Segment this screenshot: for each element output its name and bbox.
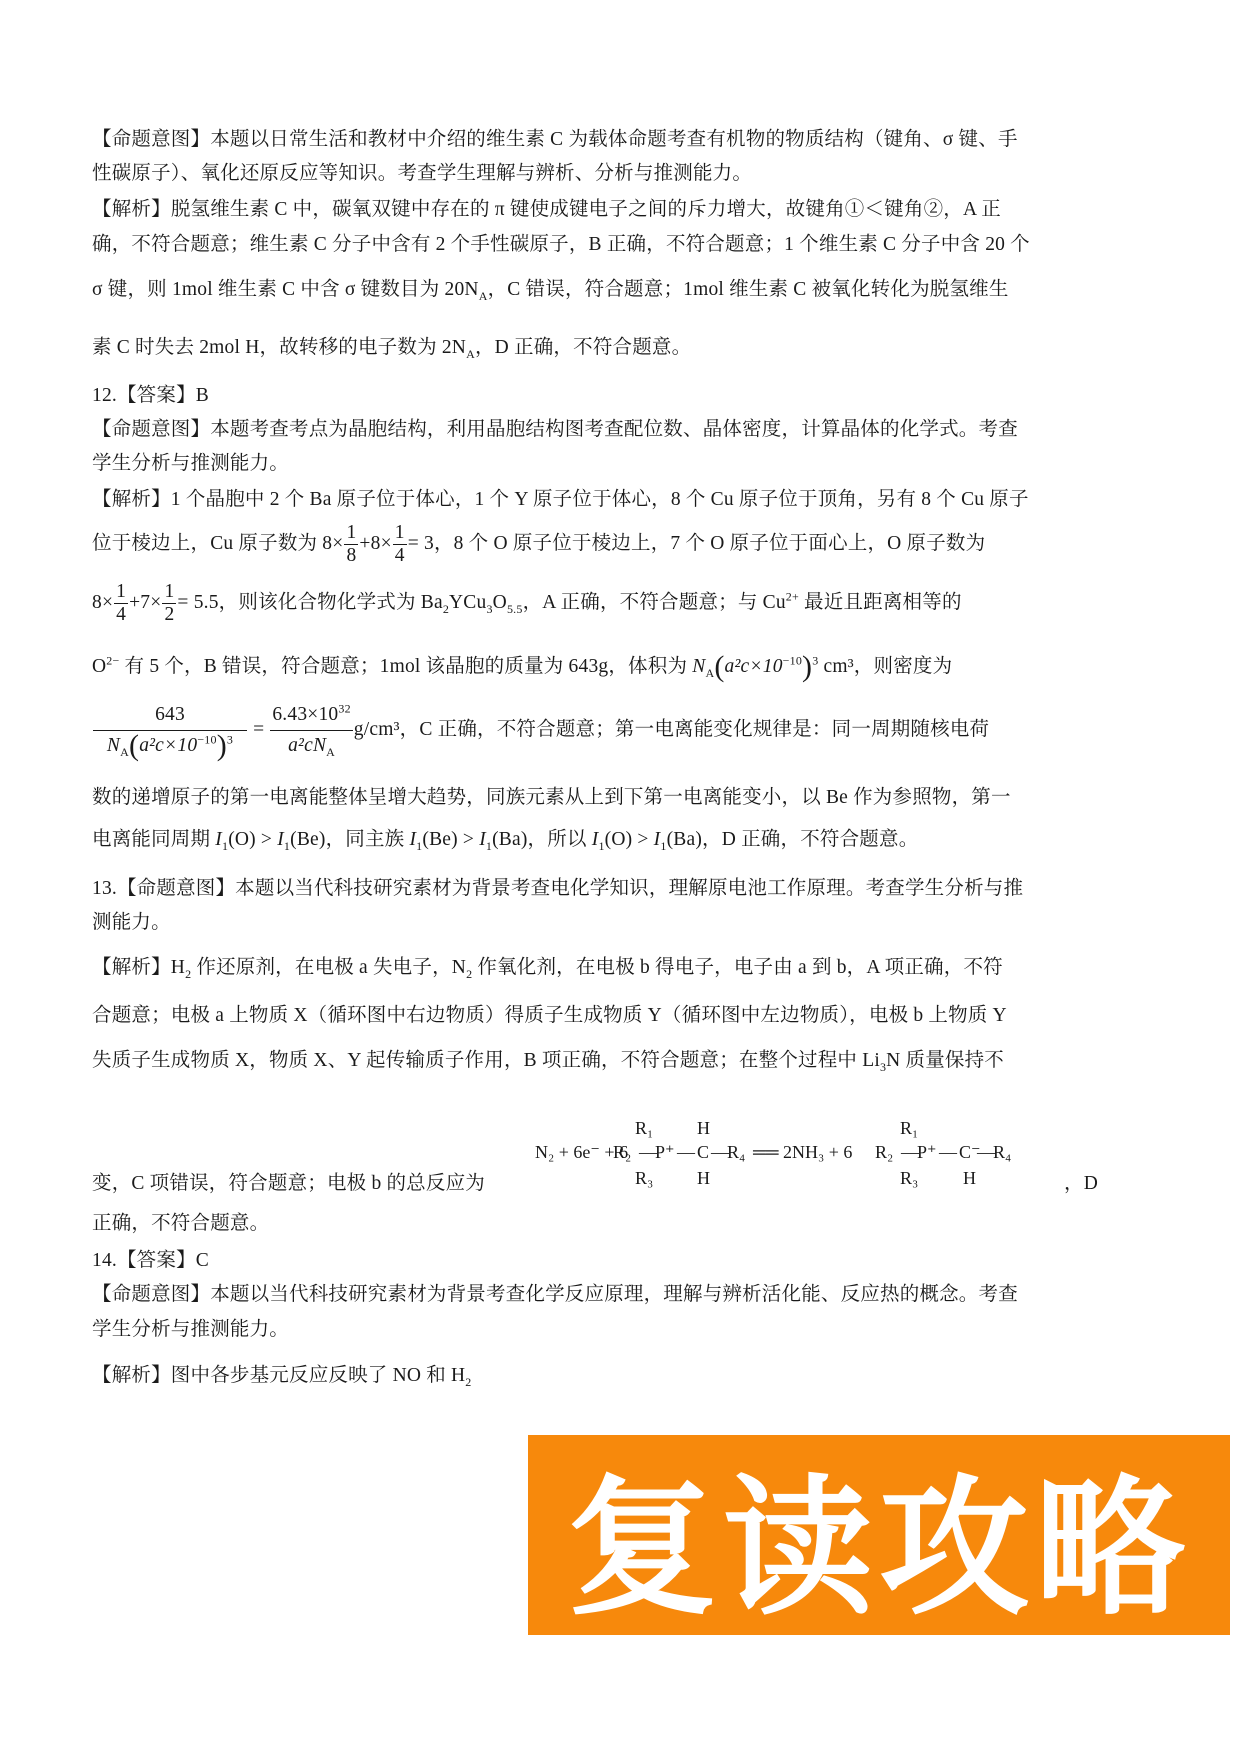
q14-answer: 14.【答案】C [92,1251,209,1271]
text: I [215,829,222,850]
text: (O) [228,829,256,850]
h-label: H [697,1118,710,1139]
text: N 质量保持不 [886,1050,1004,1071]
denominator: 2 [162,604,176,626]
subscript: A [326,745,335,759]
avogadro-symbol: N [692,656,705,677]
numerator: 1 [162,581,176,604]
text: 作还原剂，在电极 a 失电子，N [191,957,466,978]
q12-analysis-line-7: 电离能同周期 I1(O) > I1(Be)，同主族 I1(Be) > I1(Ba… [92,830,918,850]
text: ，D 正确，不符合题意。 [702,829,918,850]
text: YCu [449,592,486,613]
text: I [277,829,284,850]
subscript: A [479,289,488,303]
h-label: H [697,1168,710,1189]
watermark-banner: 复读攻略 [528,1435,1230,1635]
text: > [632,829,653,850]
q12-intent-line-1: 【命题意图】本题考查考点为晶胞结构，利用晶胞结构图考查配位数、晶体密度，计算晶体… [92,420,1018,440]
text: = 3，8 个 O 原子位于棱边上，7 个 O 原子位于面心上，O 原子数为 [408,533,986,554]
superscript: −10 [783,654,802,668]
phosphonium: P⁺ [655,1142,675,1163]
carbon: C [697,1142,709,1163]
subscript: 2 [465,1375,471,1389]
q13-analysis-line-5: 正确，不符合题意。 [92,1214,269,1234]
superscript: −10 [197,733,216,747]
q12-analysis-line-4: O2− 有 5 个，B 错误，符合题意；1mol 该晶胞的质量为 643g，体积… [92,652,952,682]
q11-analysis-line-4: 素 C 时失去 2mol H，故转移的电子数为 2NA，D 正确，不符合题意。 [92,338,691,358]
text: 作氧化剂，在电极 b 得电子，电子由 a 到 b，A 项正确，不符 [472,957,1003,978]
text: (Ba) [492,829,527,850]
numerator: 1 [393,522,407,545]
q13-analysis-line-4: 变，C 项错误，符合题意；电极 b 的总反应为 [92,1174,485,1194]
superscript: 3 [227,733,233,747]
q12-analysis-line-5: 643NA(a²c×10−10)3 = 6.43×1032a²cNAg/cm³，… [92,700,989,761]
denominator: NA(a²c×10−10)3 [93,731,247,761]
denominator: 4 [114,604,128,626]
text: a²c×10 [725,656,783,677]
q11-analysis-line-3: σ 键，则 1mol 维生素 C 中含 σ 键数目为 20NA，C 错误，符合题… [92,280,1009,300]
text: 【解析】图中各步基元反应反映了 NO 和 H [92,1365,465,1386]
subscript: 5.5 [507,602,523,616]
superscript: 2− [106,654,119,668]
text: (O) [605,829,633,850]
text: ，所以 [528,829,592,850]
text: σ 键，则 1mol 维生素 C 中含 σ 键数目为 20N [92,279,479,300]
paren: ) [802,650,812,683]
reaction-equation: N₂ + 6e⁻ + 6 R₁ R₂ — P⁺ R₃ — C H H — R₄ … [535,1118,1095,1198]
q12-intent-line-2: 学生分析与推测能力。 [92,454,289,474]
q13-intent-line-2: 测能力。 [92,913,171,933]
intent-label: 【命题意图】 [92,129,210,150]
subscript: A [466,347,475,361]
text: = 5.5，则该化合物化学式为 Ba [177,592,442,613]
subscript: A [120,745,129,759]
text: O [92,656,106,677]
q13-analysis-line-1: 【解析】H2 作还原剂，在电极 a 失电子，N2 作氧化剂，在电极 b 得电子，… [92,958,1003,978]
fraction: 14 [114,581,128,626]
q12-analysis-line-2: 位于棱边上，Cu 原子数为 8×18+8×14= 3，8 个 O 原子位于棱边上… [92,522,985,567]
r2-label: R₂ [613,1142,631,1163]
analysis-label: 【解析】 [92,199,171,220]
phosphonium: P⁺ [917,1142,937,1163]
text: 位于棱边上，Cu 原子数为 8× [92,533,343,554]
text: ，D 正确，不符合题意。 [475,337,691,358]
paren: ( [129,729,139,762]
text: 本题以日常生活和教材中介绍的维生素 C 为载体命题考查有机物的物质结构（键角、σ… [210,129,1017,150]
q14-intent-line-1: 【命题意图】本题以当代科技研究素材为背景考查化学反应原理，理解与辨析活化能、反应… [92,1285,1018,1305]
denominator: a²cNA [270,731,352,761]
text: I [479,829,486,850]
superscript: 2+ [786,589,799,603]
q11-analysis-line-2: 确，不符合题意；维生素 C 分子中含有 2 个手性碳原子，B 正确，不符合题意；… [92,235,1030,255]
text: ，同主族 [326,829,410,850]
denominator: 8 [344,545,358,567]
q11-intent-line-1: 【命题意图】本题以日常生活和教材中介绍的维生素 C 为载体命题考查有机物的物质结… [92,130,1018,150]
reaction-rhs: ══ 2NH₃ + 6 [753,1142,852,1163]
q13-analysis-line-4-tail: ，D [1064,1174,1098,1194]
r3-label: R₃ [635,1168,653,1189]
superscript: 32 [338,702,350,716]
numerator: 643 [93,700,247,731]
bond: — [939,1142,957,1163]
denominator: 4 [393,545,407,567]
text: 脱氢维生素 C 中，碳氧双键中存在的 π 键使成键电子之间的斥力增大，故键角①＜… [171,199,1001,220]
fraction: 12 [162,581,176,626]
q14-analysis-line-1: 【解析】图中各步基元反应反映了 NO 和 H2 [92,1366,471,1386]
text: +7× [129,592,161,613]
q13-analysis-line-2: 合题意；电极 a 上物质 X（循环图中右边物质）得质子生成物质 Y（循环图中左边… [92,1006,1007,1026]
text: (Be) [290,829,325,850]
numerator: 1 [114,581,128,604]
r3-label: R₃ [900,1168,918,1189]
text: ，A 正确，不符合题意；与 Cu [523,592,786,613]
text: 电离能同周期 [92,829,215,850]
text: a²cN [288,735,326,756]
text: ，C 错误，符合题意；1mol 维生素 C 被氧化转化为脱氢维生 [488,279,1009,300]
r4-label: R₄ [727,1142,745,1163]
text: > [458,829,479,850]
q14-intent-line-2: 学生分析与推测能力。 [92,1320,289,1340]
density-fraction-rhs: 6.43×1032a²cNA [270,700,352,761]
watermark-text: 复读攻略 [528,1435,1230,1635]
text: O [493,592,507,613]
text: (Ba) [667,829,702,850]
q13-analysis-line-3: 失质子生成物质 X，物质 X、Y 起传输质子作用，B 项正确，不符合题意；在整个… [92,1051,1004,1071]
density-fraction: 643NA(a²c×10−10)3 [93,700,247,761]
text: 有 5 个，B 错误，符合题意；1mol 该晶胞的质量为 643g，体积为 [119,656,692,677]
text: N [107,735,120,756]
numerator: 6.43×1032 [270,700,352,731]
q12-answer: 12.【答案】B [92,386,209,406]
q11-analysis-line-1: 【解析】脱氢维生素 C 中，碳氧双键中存在的 π 键使成键电子之间的斥力增大，故… [92,200,1001,220]
text: cm³，则密度为 [818,656,952,677]
text: 最近且距离相等的 [799,592,962,613]
r4-label: R₄ [993,1142,1011,1163]
text: 6.43×10 [272,704,338,725]
fraction: 18 [344,522,358,567]
text: 失质子生成物质 X，物质 X、Y 起传输质子作用，B 项正确，不符合题意；在整个… [92,1050,880,1071]
text: 8× [92,592,113,613]
q12-analysis-line-1: 【解析】1 个晶胞中 2 个 Ba 原子位于体心，1 个 Y 原子位于体心，8 … [92,490,1029,510]
q13-intent-line-1: 13.【命题意图】本题以当代科技研究素材为背景考查电化学知识，理解原电池工作原理… [92,879,1023,899]
subscript: A [705,666,714,680]
r1-label: R₁ [635,1118,653,1139]
text: > [256,829,277,850]
numerator: 1 [344,522,358,545]
r1-label: R₁ [900,1118,918,1139]
text: 【解析】H [92,957,185,978]
r2-label: R₂ [875,1142,893,1163]
paren: ) [217,729,227,762]
h-label: H [963,1168,976,1189]
text: (Be) [422,829,457,850]
bond: — [677,1142,695,1163]
text: a²c×10 [139,735,197,756]
fraction: 14 [393,522,407,567]
q11-intent-line-2: 性碳原子）、氧化还原反应等知识。考查学生理解与辨析、分析与推测能力。 [92,164,752,184]
text: +8× [359,533,391,554]
q12-analysis-line-3: 8×14+7×12= 5.5，则该化合物化学式为 Ba2YCu3O5.5，A 正… [92,581,962,626]
text: g/cm³，C 正确，不符合题意；第一电离能变化规律是：同一周期随核电荷 [354,719,989,740]
q12-analysis-line-6: 数的递增原子的第一电离能整体呈增大趋势，同族元素从上到下第一电离能变小，以 Be… [92,788,1011,808]
paren: ( [714,650,724,683]
text: 素 C 时失去 2mol H，故转移的电子数为 2N [92,337,466,358]
